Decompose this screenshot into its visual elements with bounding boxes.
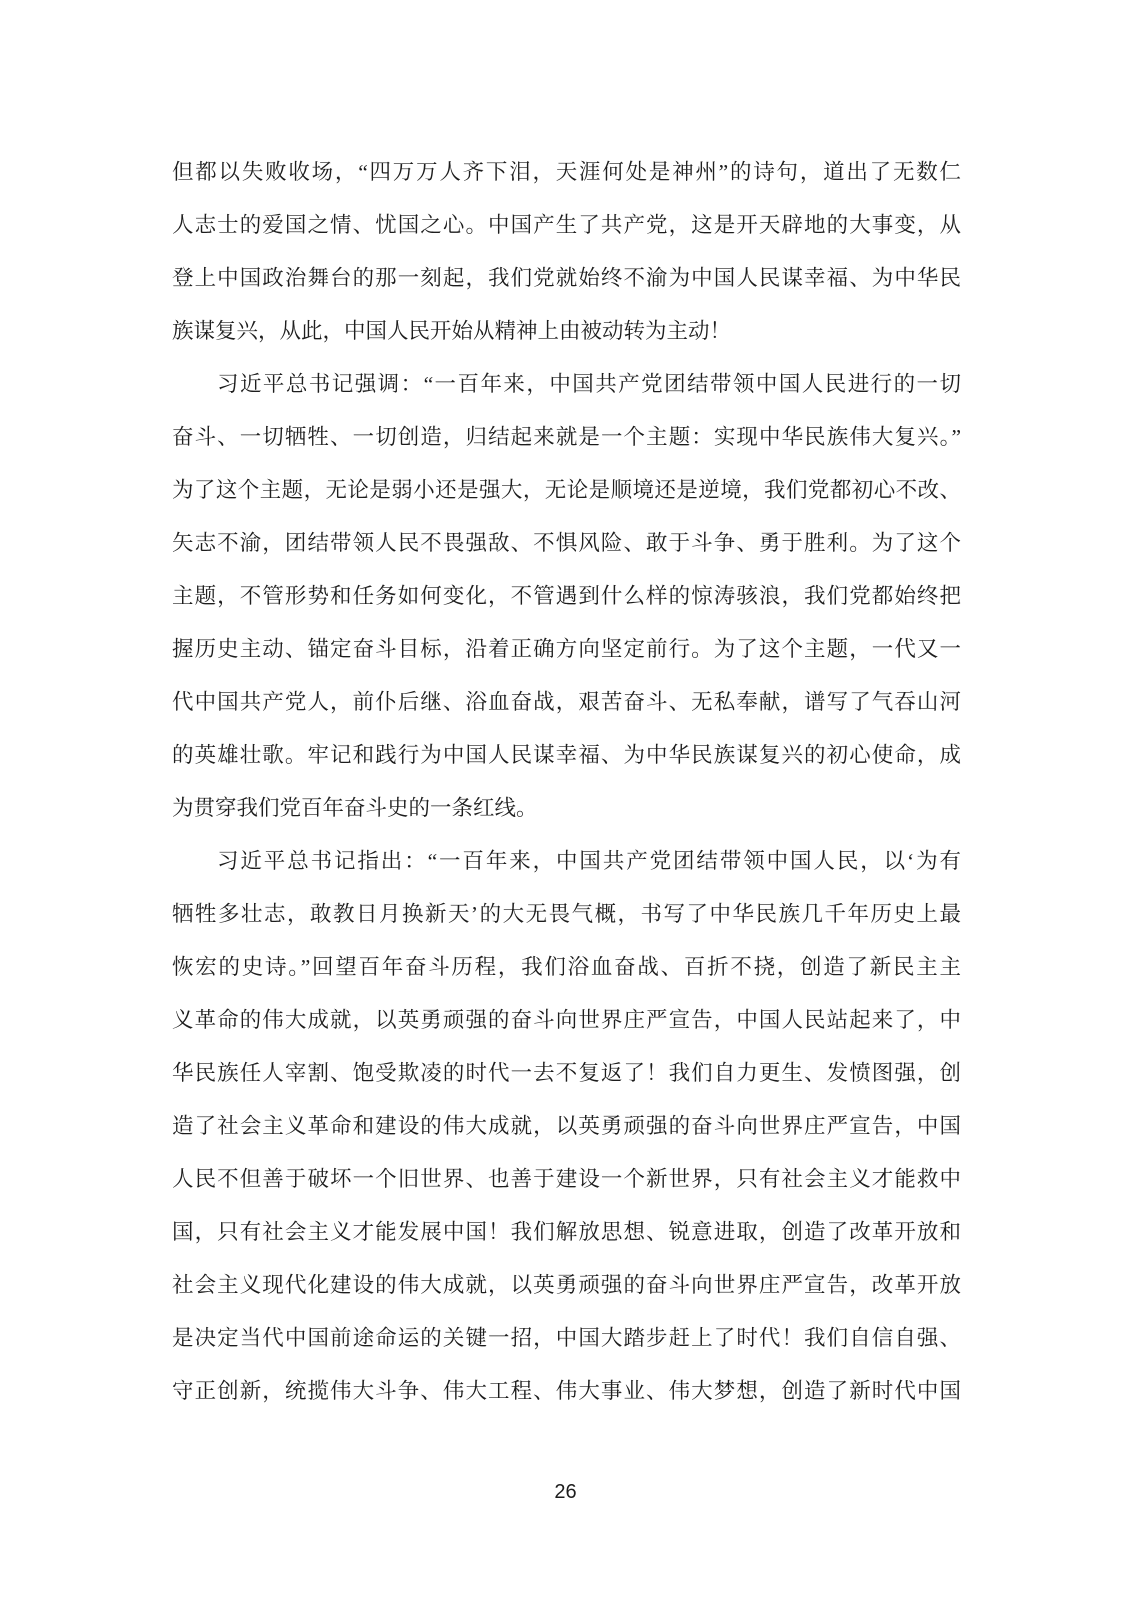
- page-number: 26: [554, 1481, 576, 1503]
- text-line: 造了社会主义革命和建设的伟大成就，以英勇顽强的奋斗向世界庄严宣告，中国: [172, 1100, 961, 1153]
- text-line: 习近平总书记强调：“一百年来，中国共产党团结带领中国人民进行的一切: [172, 358, 961, 411]
- text-line: 但都以失败收场，“四万万人齐下泪，天涯何处是神州”的诗句，道出了无数仁: [172, 146, 961, 199]
- text-line: 人民不但善于破坏一个旧世界、也善于建设一个新世界，只有社会主义才能救中: [172, 1153, 961, 1206]
- text-line: 社会主义现代化建设的伟大成就，以英勇顽强的奋斗向世界庄严宣告，改革开放: [172, 1259, 961, 1312]
- text-line: 主题，不管形势和任务如何变化，不管遇到什么样的惊涛骇浪，我们党都始终把: [172, 570, 961, 623]
- text-line: 是决定当代中国前途命运的关键一招，中国大踏步赶上了时代！我们自信自强、: [172, 1312, 961, 1365]
- text-line: 握历史主动、锚定奋斗目标，沿着正确方向坚定前行。为了这个主题，一代又一: [172, 623, 961, 676]
- text-line: 义革命的伟大成就，以英勇顽强的奋斗向世界庄严宣告，中国人民站起来了，中: [172, 994, 961, 1047]
- text-line: 的英雄壮歌。牢记和践行为中国人民谋幸福、为中华民族谋复兴的初心使命，成: [172, 729, 961, 782]
- text-line: 国，只有社会主义才能发展中国！我们解放思想、锐意进取，创造了改革开放和: [172, 1206, 961, 1259]
- text-line: 族谋复兴，从此，中国人民开始从精神上由被动转为主动！: [172, 305, 961, 358]
- page-footer: 26: [0, 1480, 1131, 1504]
- text-line: 登上中国政治舞台的那一刻起，我们党就始终不渝为中国人民谋幸福、为中华民: [172, 252, 961, 305]
- text-line: 习近平总书记指出：“一百年来，中国共产党团结带领中国人民，以‘为有: [172, 835, 961, 888]
- text-line: 奋斗、一切牺牲、一切创造，归结起来就是一个主题：实现中华民族伟大复兴。”: [172, 411, 961, 464]
- text-line: 守正创新，统揽伟大斗争、伟大工程、伟大事业、伟大梦想，创造了新时代中国: [172, 1365, 961, 1418]
- text-line: 矢志不渝，团结带领人民不畏强敌、不惧风险、敢于斗争、勇于胜利。为了这个: [172, 517, 961, 570]
- document-body: 但都以失败收场，“四万万人齐下泪，天涯何处是神州”的诗句，道出了无数仁人志士的爱…: [172, 146, 961, 1418]
- text-line: 人志士的爱国之情、忧国之心。中国产生了共产党，这是开天辟地的大事变，从: [172, 199, 961, 252]
- text-line: 华民族任人宰割、饱受欺凌的时代一去不复返了！我们自力更生、发愤图强，创: [172, 1047, 961, 1100]
- text-line: 为贯穿我们党百年奋斗史的一条红线。: [172, 782, 961, 835]
- text-line: 恢宏的史诗。”回望百年奋斗历程，我们浴血奋战、百折不挠，创造了新民主主: [172, 941, 961, 994]
- document-page: 但都以失败收场，“四万万人齐下泪，天涯何处是神州”的诗句，道出了无数仁人志士的爱…: [0, 0, 1131, 1600]
- text-line: 为了这个主题，无论是弱小还是强大，无论是顺境还是逆境，我们党都初心不改、: [172, 464, 961, 517]
- text-line: 代中国共产党人，前仆后继、浴血奋战，艰苦奋斗、无私奉献，谱写了气吞山河: [172, 676, 961, 729]
- text-line: 牺牲多壮志，敢教日月换新天’的大无畏气概，书写了中华民族几千年历史上最: [172, 888, 961, 941]
